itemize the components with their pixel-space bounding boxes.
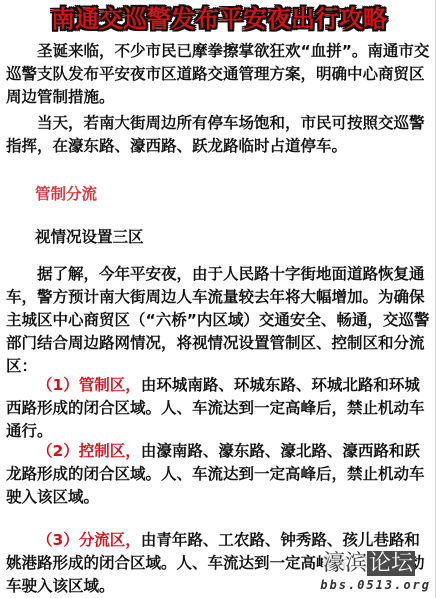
zone-restricted-area: （2）控制区，由濠南路、濠东路、濠北路、濠西路和跃龙路形成的闭合区域。人、车流达… [6,440,430,509]
page-border [435,0,436,598]
zone-name: 分流区， [79,531,141,549]
zone-number: （1） [37,376,79,394]
article-title: 南通交巡警发布平安夜出行攻略 [0,4,438,34]
forum-watermark: 濠滨论坛 bbs.0513.org [323,552,431,592]
watermark-url: bbs.0513.org [320,578,431,592]
watermark-name-light: 濠滨 [323,551,367,576]
watermark-logo: 濠滨论坛 [323,552,415,576]
zone-name: 控制区， [79,442,141,460]
watermark-name-dark: 论坛 [367,551,415,576]
section-heading: 管制分流 [35,182,97,204]
zone-control-area: （1）管制区，由环城南路、环城东路、环城北路和环城西路形成的闭合区域。人、车流达… [6,374,430,443]
paragraph-parking: 当天，若南大街周边所有停车场饱和，市民可按照交巡警指挥，在濠东路、濠西路、跃龙路… [6,112,430,158]
paragraph-intro: 圣诞来临，不少市民已摩拳擦掌欲狂欢“血拼”。南通市交巡警支队发布平安夜市区道路交… [6,40,430,109]
zone-number: （3） [37,531,79,549]
paragraph-background: 据了解，今年平安夜，由于人民路十字街地面道路恢复通车，警方预计南大街周边人车流量… [6,263,430,378]
zone-name: 管制区， [79,376,141,394]
subheading: 视情况设置三区 [35,225,144,247]
zone-number: （2） [37,442,79,460]
